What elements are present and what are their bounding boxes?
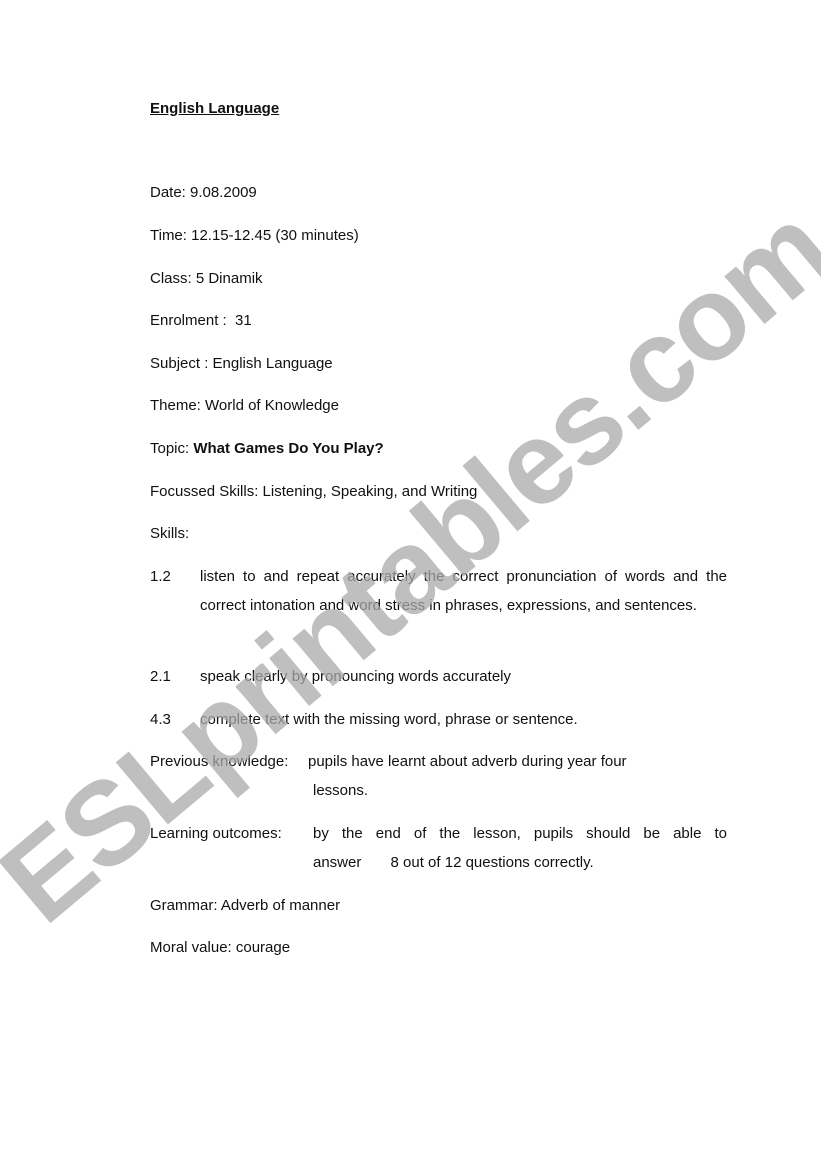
theme-field: Theme: World of Knowledge [150,397,339,415]
class-field: Class: 5 Dinamik [150,270,263,288]
document-page: English Language Date: 9.08.2009 Time: 1… [0,0,821,1169]
date-field: Date: 9.08.2009 [150,184,257,202]
skills-label: Skills: [150,525,189,543]
time-field: Time: 12.15-12.45 (30 minutes) [150,227,359,245]
skill-number: 2.1 [150,663,171,692]
learning-outcomes-line2: answer 8 out of 12 questions correctly. [313,849,594,878]
topic-field: Topic: What Games Do You Play? [150,440,384,458]
previous-knowledge-line1: pupils have learnt about adverb during y… [308,748,627,777]
skill-text: speak clearly by pronouncing words accur… [200,663,727,692]
previous-knowledge-label: Previous knowledge: [150,748,288,777]
learning-outcomes-label: Learning outcomes: [150,820,282,849]
skill-text: listen to and repeat accurately the corr… [200,563,727,620]
skill-number: 4.3 [150,706,171,735]
document-title: English Language [150,100,279,118]
topic-value: What Games Do You Play? [193,440,383,457]
grammar-field: Grammar: Adverb of manner [150,897,340,915]
topic-label: Topic: [150,440,193,457]
focussed-skills-field: Focussed Skills: Listening, Speaking, an… [150,483,477,501]
subject-field: Subject : English Language [150,355,333,373]
skill-text: complete text with the missing word, phr… [200,706,727,735]
learning-outcomes-line1: by the end of the lesson, pupils should … [313,820,727,849]
skill-number: 1.2 [150,563,171,592]
enrolment-field: Enrolment : 31 [150,312,252,330]
previous-knowledge-line2: lessons. [313,777,368,806]
moral-value-field: Moral value: courage [150,939,290,957]
